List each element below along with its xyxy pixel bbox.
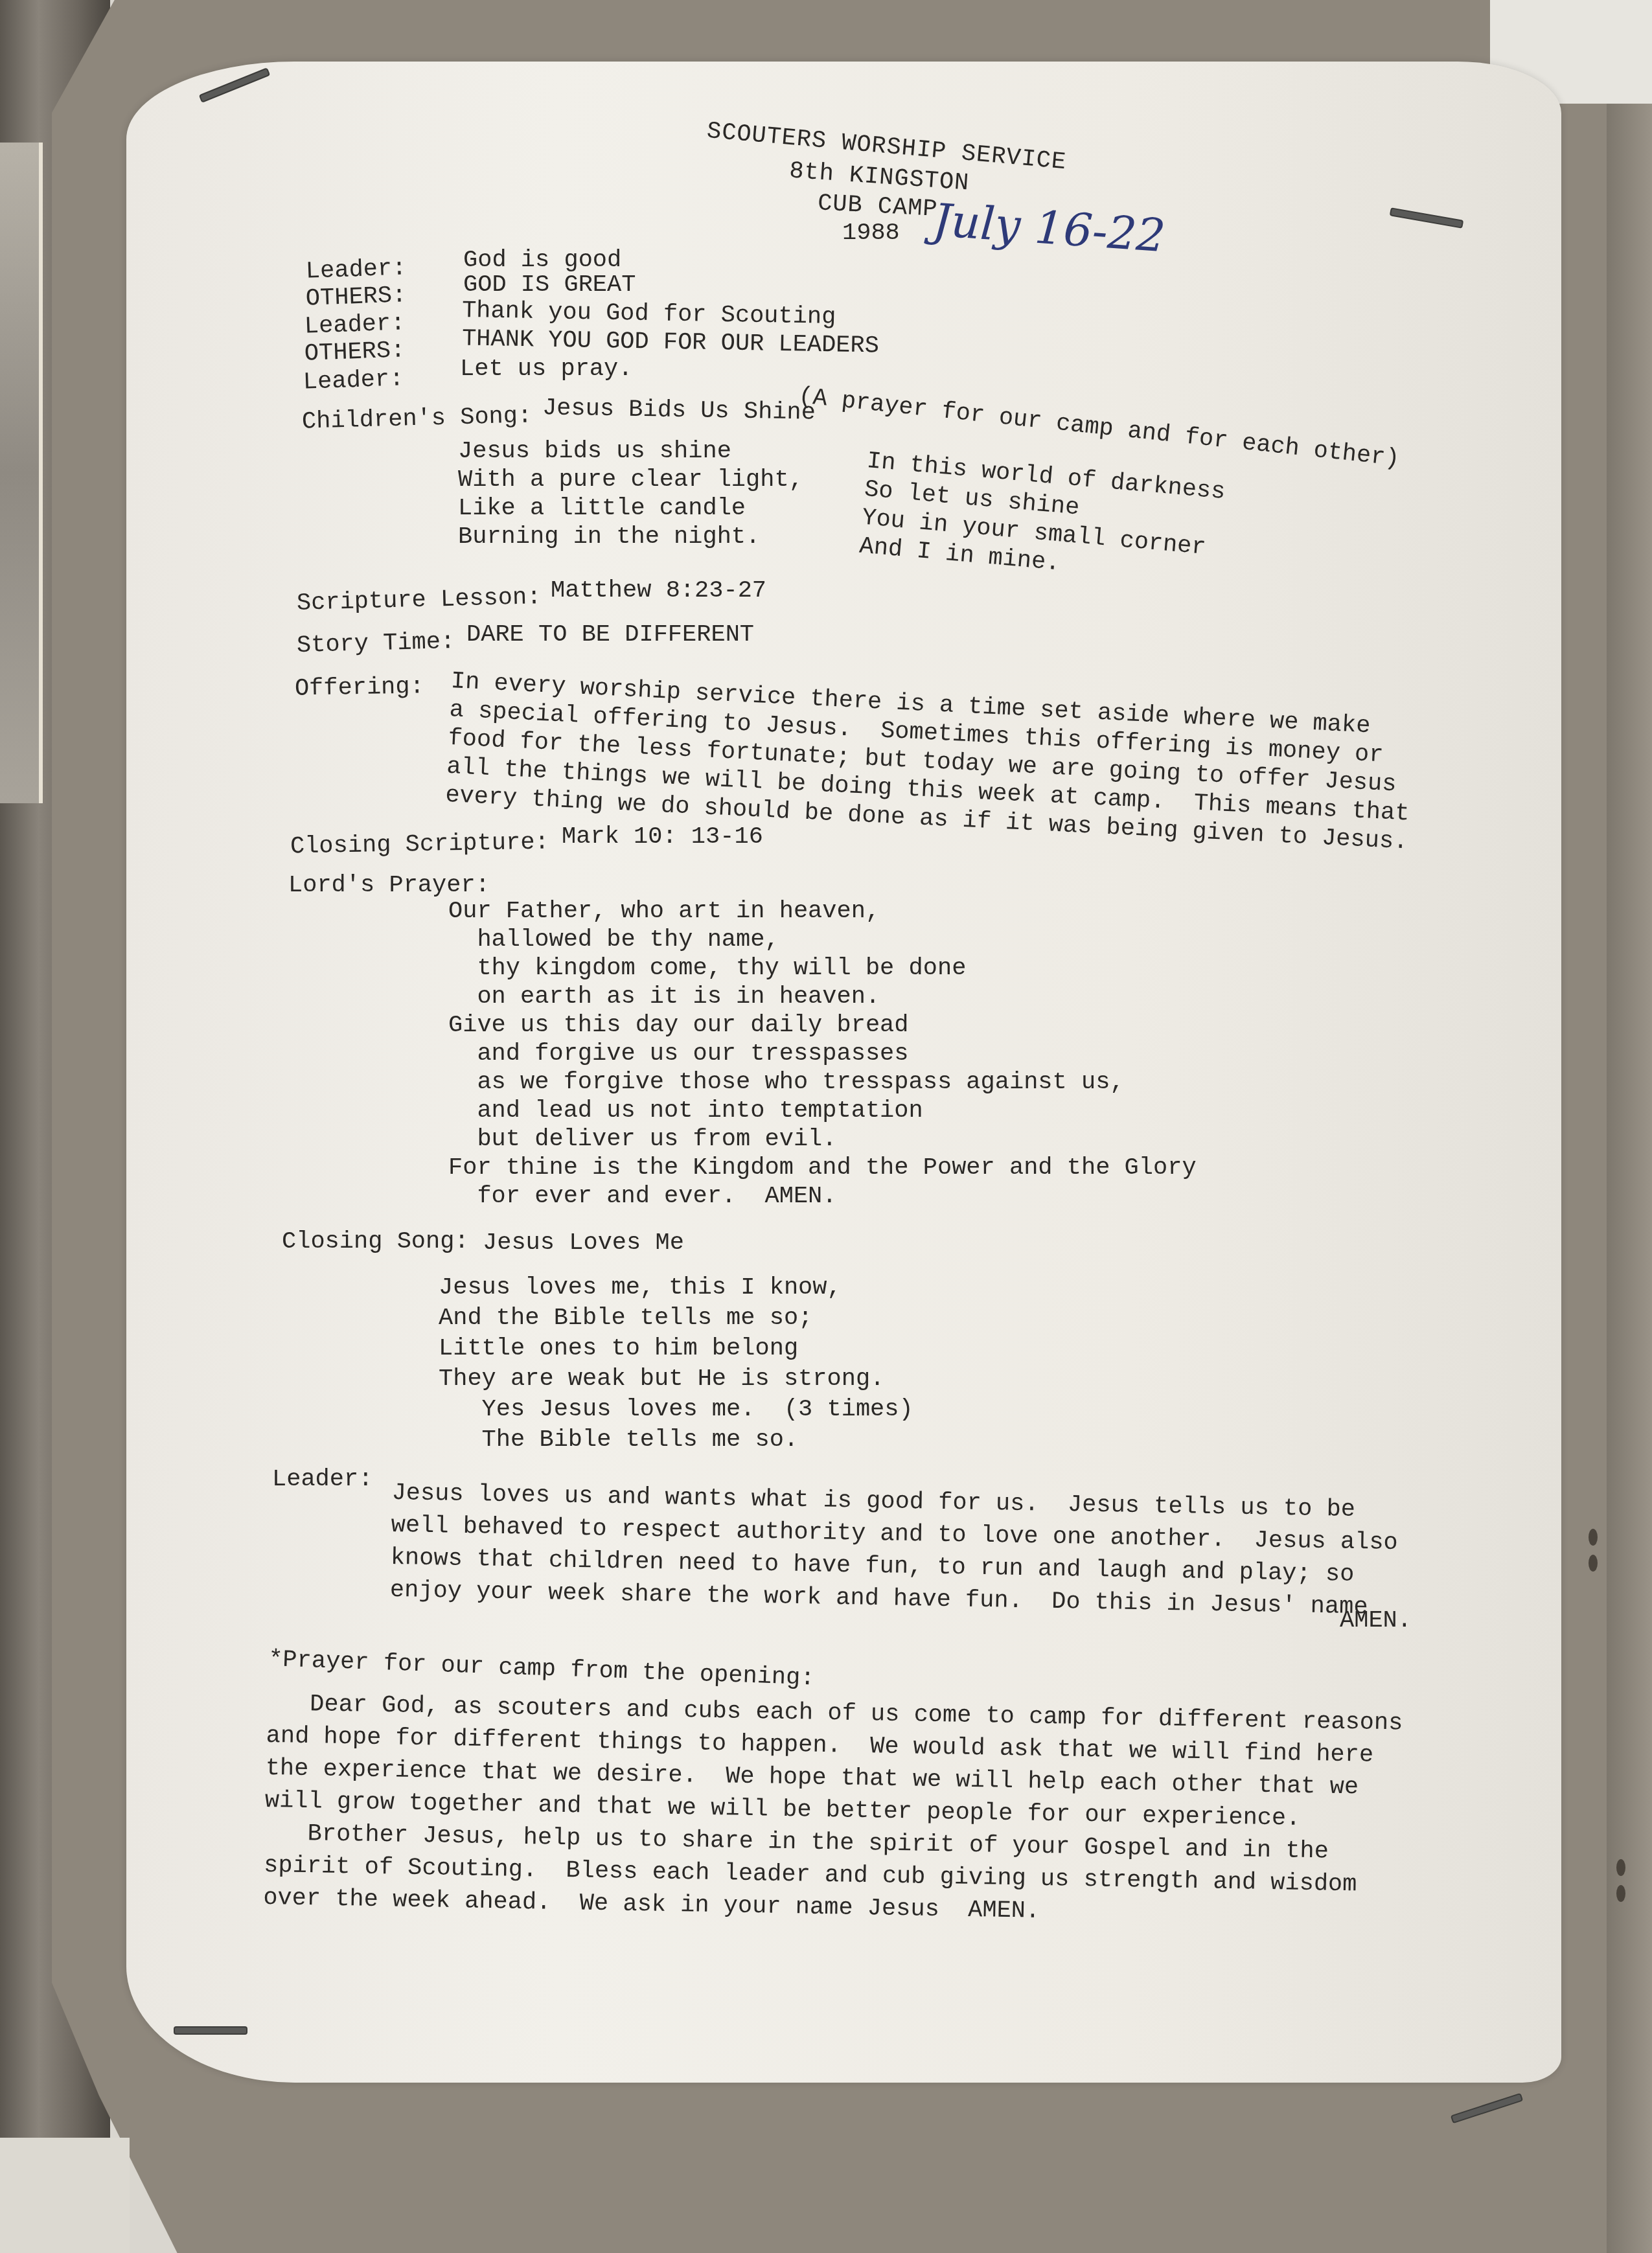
- amen-text: AMEN.: [1340, 1607, 1412, 1635]
- scripture-reference: Mark 10: 13-16: [562, 823, 763, 851]
- document: SCOUTERS WORSHIP SERVICE 8th KINGSTON CU…: [0, 0, 1652, 2253]
- verse-line: Burning in the night.: [458, 523, 803, 551]
- prayer-line: hallowed be thy name,: [448, 926, 1197, 954]
- opening-prayer-paragraph: Dear God, as scouters and cubs each of u…: [263, 1687, 1403, 1934]
- section-label: Story Time:: [296, 628, 455, 660]
- leader-paragraph: Jesus loves us and wants what is good fo…: [390, 1477, 1399, 1624]
- section-label: Closing Scripture:: [290, 829, 549, 862]
- role-label: OTHERS:: [305, 281, 407, 313]
- prayer-line: as we forgive those who tresspass agains…: [448, 1068, 1197, 1097]
- prayer-line: but deliver us from evil.: [448, 1125, 1197, 1154]
- lyric-line: Yes Jesus loves me. (3 times): [439, 1395, 913, 1425]
- scripture-reference: Matthew 8:23-27: [551, 577, 766, 605]
- lords-prayer-text: Our Father, who art in heaven, hallowed …: [448, 897, 1197, 1211]
- song-title: Jesus Bids Us Shine: [542, 394, 816, 427]
- role-label: OTHERS:: [304, 336, 406, 368]
- lyric-line: The Bible tells me so.: [439, 1425, 913, 1456]
- prayer-heading: *Prayer for our camp from the opening:: [268, 1645, 815, 1693]
- lyric-line: And the Bible tells me so;: [439, 1303, 913, 1334]
- section-label: Offering:: [295, 672, 425, 703]
- story-title: DARE TO BE DIFFERENT: [466, 621, 754, 649]
- prayer-line: Our Father, who art in heaven,: [448, 897, 1197, 926]
- response-text: GOD IS GREAT: [463, 271, 636, 299]
- verse-line: With a pure clear light,: [458, 466, 803, 494]
- closing-song-lyrics: Jesus loves me, this I know, And the Bib…: [439, 1273, 913, 1456]
- prayer-line: and lead us not into temptation: [448, 1097, 1197, 1125]
- prayer-line: Give us this day our daily bread: [448, 1011, 1197, 1040]
- prayer-line: on earth as it is in heaven.: [448, 983, 1197, 1011]
- verse-left: Jesus bids us shine With a pure clear li…: [458, 437, 803, 551]
- section-label: Lord's Prayer:: [288, 871, 490, 900]
- verse-right: In this world of darkness So let us shin…: [858, 447, 1226, 592]
- prayer-line: and forgive us our tresspasses: [448, 1040, 1197, 1068]
- prayer-line: for ever and ever. AMEN.: [448, 1182, 1197, 1211]
- role-label: Leader:: [303, 365, 404, 396]
- lyric-line: Little ones to him belong: [439, 1334, 913, 1364]
- verse-line: Like a little candle: [458, 494, 803, 523]
- response-text: Let us pray.: [460, 355, 632, 383]
- prayer-line: thy kingdom come, thy will be done: [448, 954, 1197, 983]
- section-label: Closing Song:: [282, 1228, 469, 1256]
- lyric-line: They are weak but He is strong.: [439, 1364, 913, 1395]
- section-label: Scripture Lesson:: [296, 583, 541, 618]
- verse-line: Jesus bids us shine: [458, 437, 803, 466]
- song-title: Jesus Loves Me: [483, 1229, 684, 1257]
- prayer-line: For thine is the Kingdom and the Power a…: [448, 1154, 1197, 1182]
- doc-year: 1988: [842, 219, 900, 247]
- role-label: Leader:: [272, 1465, 373, 1494]
- lyric-line: Jesus loves me, this I know,: [439, 1273, 913, 1303]
- handwritten-date: July 16-22: [932, 206, 1166, 251]
- section-label: Children's Song:: [301, 402, 532, 436]
